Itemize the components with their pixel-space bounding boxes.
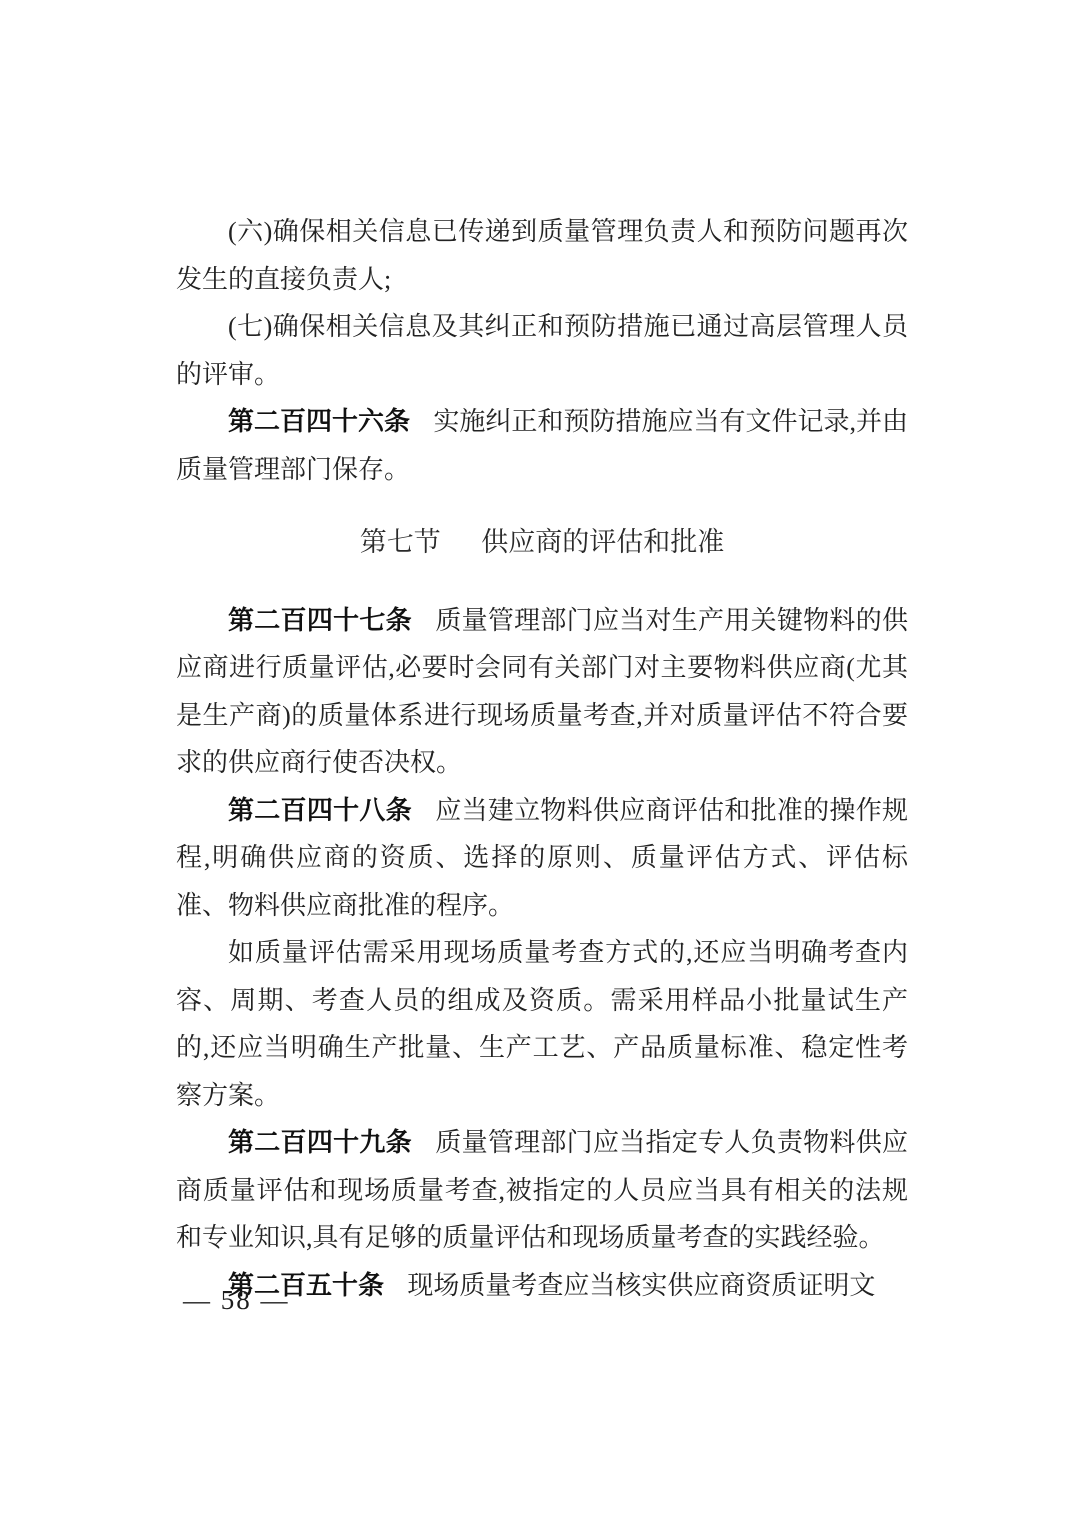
- article-248: 第二百四十八条应当建立物料供应商评估和批准的操作规程,明确供应商的资质、选择的原…: [176, 787, 908, 930]
- section-7-heading: 第七节供应商的评估和批准: [176, 519, 908, 567]
- article-250-text: 现场质量考查应当核实供应商资质证明文: [407, 1271, 875, 1300]
- clause-item-7: (七)确保相关信息及其纠正和预防措施已通过高层管理人员的评审。: [176, 303, 908, 398]
- page-content: (六)确保相关信息已传递到质量管理负责人和预防问题再次发生的直接负责人; (七)…: [176, 208, 908, 1309]
- article-249-number: 第二百四十九条: [228, 1127, 412, 1157]
- page-number: — 58 —: [183, 1283, 290, 1317]
- article-246: 第二百四十六条实施纠正和预防措施应当有文件记录,并由质量管理部门保存。: [176, 398, 908, 493]
- clause-item-6: (六)确保相关信息已传递到质量管理负责人和预防问题再次发生的直接负责人;: [176, 208, 908, 303]
- section-7-heading-title: 供应商的评估和批准: [481, 527, 724, 557]
- article-247-number: 第二百四十七条: [228, 605, 412, 635]
- article-248-number: 第二百四十八条: [228, 795, 412, 825]
- article-249: 第二百四十九条质量管理部门应当指定专人负责物料供应商质量评估和现场质量考查,被指…: [176, 1119, 908, 1262]
- article-246-number: 第二百四十六条: [228, 406, 410, 436]
- article-247: 第二百四十七条质量管理部门应当对生产用关键物料的供应商进行质量评估,必要时会同有…: [176, 597, 908, 787]
- article-248-paragraph-2: 如质量评估需采用现场质量考查方式的,还应当明确考查内容、周期、考查人员的组成及资…: [176, 929, 908, 1119]
- section-7-heading-number: 第七节: [360, 527, 441, 557]
- document-page: (六)确保相关信息已传递到质量管理负责人和预防问题再次发生的直接负责人; (七)…: [0, 0, 1080, 1529]
